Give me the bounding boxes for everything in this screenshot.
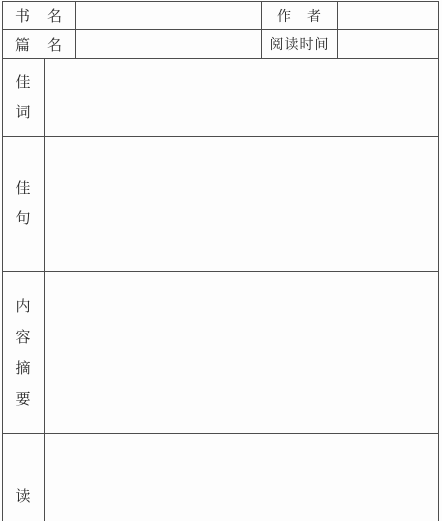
row-book-author: 书 名 作 者 <box>3 2 438 30</box>
reading-time-label: 阅读时间 <box>270 34 330 54</box>
book-name-value-cell[interactable] <box>76 2 262 29</box>
reading-time-label-cell: 阅读时间 <box>262 30 338 58</box>
content-summary-value-cell[interactable] <box>45 272 438 433</box>
good-words-label: 佳 词 <box>15 68 31 128</box>
piece-name-value-cell[interactable] <box>76 30 262 58</box>
row-good-sentences: 佳 句 <box>3 137 438 272</box>
content-summary-label-cell: 内 容 摘 要 <box>3 272 45 433</box>
after-reading-label: 读 <box>15 434 31 512</box>
good-sentences-label: 佳 句 <box>15 174 31 234</box>
author-label: 作 者 <box>277 6 322 26</box>
good-sentences-label-cell: 佳 句 <box>3 137 45 271</box>
author-label-cell: 作 者 <box>262 2 338 29</box>
reading-notes-form: 书 名 作 者 篇 名 阅读时间 <box>0 0 442 521</box>
row-good-words: 佳 词 <box>3 59 438 137</box>
author-value-cell[interactable] <box>338 2 438 29</box>
after-reading-label-cell: 读 <box>3 434 45 521</box>
form-table: 书 名 作 者 篇 名 阅读时间 <box>2 1 439 521</box>
good-words-value-cell[interactable] <box>45 59 438 136</box>
after-reading-value-cell[interactable] <box>45 434 438 521</box>
row-after-reading: 读 <box>3 434 438 521</box>
good-words-label-cell: 佳 词 <box>3 59 45 136</box>
reading-time-value-cell[interactable] <box>338 30 438 58</box>
row-content-summary: 内 容 摘 要 <box>3 272 438 434</box>
piece-name-label-cell: 篇 名 <box>3 30 76 58</box>
book-name-label: 书 名 <box>15 5 63 26</box>
good-sentences-value-cell[interactable] <box>45 137 438 271</box>
piece-name-label: 篇 名 <box>15 34 63 55</box>
content-summary-label: 内 容 摘 要 <box>15 291 31 415</box>
row-piece-time: 篇 名 阅读时间 <box>3 30 438 59</box>
book-name-label-cell: 书 名 <box>3 2 76 29</box>
